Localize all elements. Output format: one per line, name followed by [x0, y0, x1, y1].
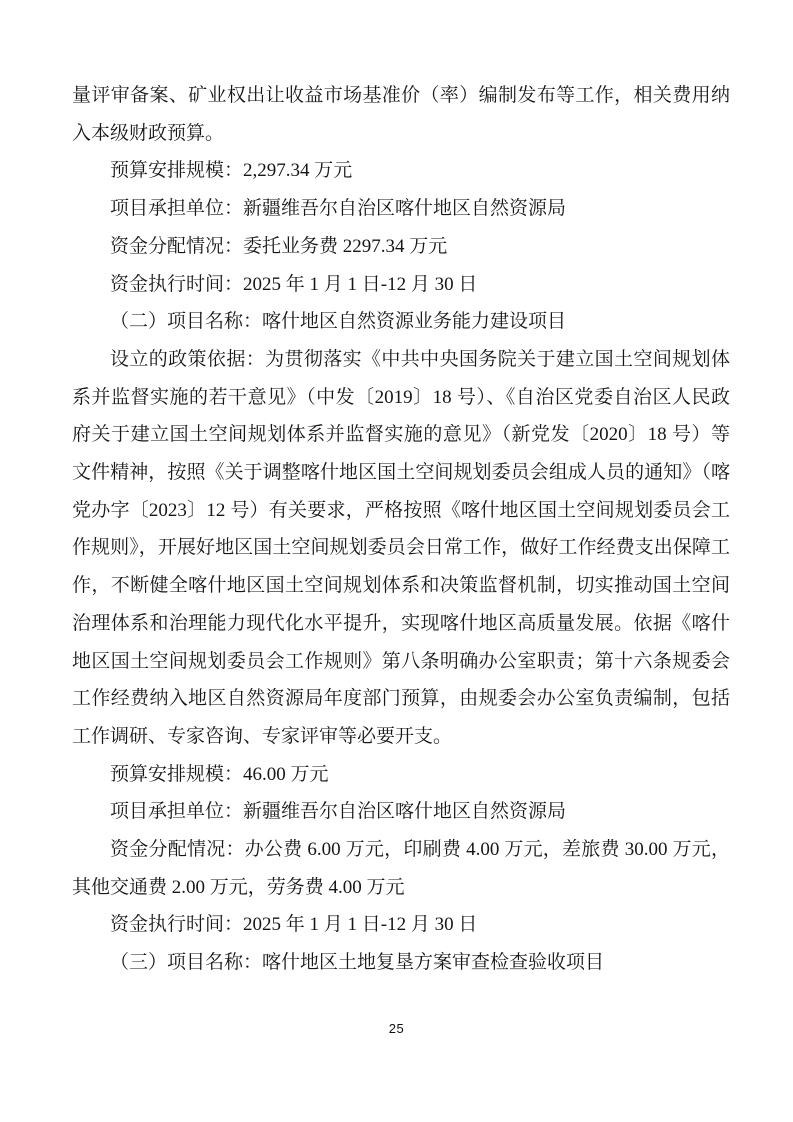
page-number: 25 [389, 1021, 404, 1036]
section-heading-project-2: （二）项目名称：喀什地区自然资源业务能力建设项目 [72, 303, 730, 341]
field-fund-allocation: 资金分配情况：办公费 6.00 万元，印刷费 4.00 万元，差旅费 30.00… [72, 831, 730, 906]
field-execution-period: 资金执行时间：2025 年 1 月 1 日-12 月 30 日 [72, 906, 730, 944]
section-heading-project-3: （三）项目名称：喀什地区土地复垦方案审查检查验收项目 [72, 944, 730, 982]
field-budget-scale: 预算安排规模：46.00 万元 [72, 756, 730, 794]
field-execution-period: 资金执行时间：2025 年 1 月 1 日-12 月 30 日 [72, 266, 730, 304]
document-page: 量评审备案、矿业权出让收益市场基准价（率）编制发布等工作，相关费用纳入本级财政预… [0, 0, 793, 1122]
paragraph-policy-basis: 设立的政策依据：为贯彻落实《中共中央国务院关于建立国土空间规划体系并监督实施的若… [72, 341, 730, 756]
field-budget-scale: 预算安排规模：2,297.34 万元 [72, 152, 730, 190]
field-fund-allocation: 资金分配情况：委托业务费 2297.34 万元 [72, 228, 730, 266]
document-content: 量评审备案、矿业权出让收益市场基准价（率）编制发布等工作，相关费用纳入本级财政预… [72, 77, 730, 982]
page-footer: 25 [0, 1020, 793, 1038]
field-undertaking-unit: 项目承担单位：新疆维吾尔自治区喀什地区自然资源局 [72, 793, 730, 831]
paragraph-continuation: 量评审备案、矿业权出让收益市场基准价（率）编制发布等工作，相关费用纳入本级财政预… [72, 77, 730, 152]
field-undertaking-unit: 项目承担单位：新疆维吾尔自治区喀什地区自然资源局 [72, 190, 730, 228]
